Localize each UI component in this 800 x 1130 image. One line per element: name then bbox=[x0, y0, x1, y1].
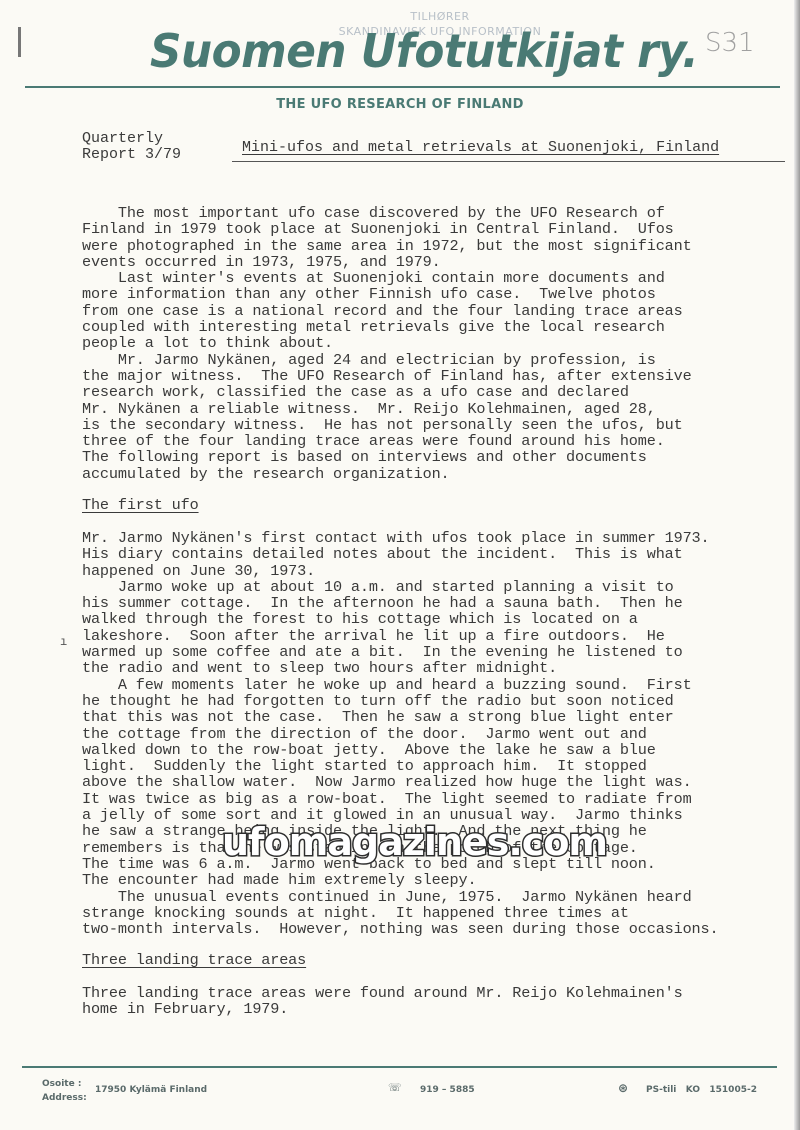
margin-punch-mark bbox=[18, 27, 21, 57]
postal-giro-icon: ⊛ bbox=[618, 1081, 628, 1095]
footer-phone: 919 – 5885 bbox=[420, 1085, 475, 1095]
watermark: ufomagazines.com bbox=[222, 820, 607, 864]
intro-paragraphs: The most important ufo case discovered b… bbox=[82, 205, 692, 482]
section-landing-traces-text: Three landing trace areas were found aro… bbox=[82, 985, 683, 1018]
report-label: Quarterly Report 3/79 bbox=[82, 131, 181, 163]
section-heading-first-ufo: The first ufo bbox=[82, 497, 199, 513]
footer-address-labels: Osoite : Address: bbox=[42, 1077, 87, 1105]
organization-subtitle: THE UFO RESEARCH OF FINLAND bbox=[0, 97, 800, 112]
handwritten-note: S31 bbox=[705, 28, 755, 58]
section-heading-landing-traces: Three landing trace areas bbox=[82, 952, 306, 968]
report-title: Mini-ufos and metal retrievals at Suonen… bbox=[242, 139, 719, 156]
section-first-ufo-text: Mr. Jarmo Nykänen's first contact with u… bbox=[82, 530, 718, 937]
footer-address: 17950 Kylämä Finland bbox=[95, 1085, 207, 1095]
telephone-icon: ☏ bbox=[388, 1081, 402, 1094]
ownership-stamp-line1: TILHØRER bbox=[300, 10, 580, 23]
footer-bank-account: PS-tili KO 151005-2 bbox=[646, 1085, 757, 1095]
masthead-title: Suomen Ufotutkijat ry. bbox=[150, 24, 644, 78]
page-edge-shadow bbox=[794, 0, 800, 1130]
title-underline-rule bbox=[232, 161, 785, 162]
footer-divider bbox=[22, 1066, 777, 1068]
margin-pen-mark: ı bbox=[60, 635, 67, 649]
header-divider bbox=[25, 86, 780, 88]
